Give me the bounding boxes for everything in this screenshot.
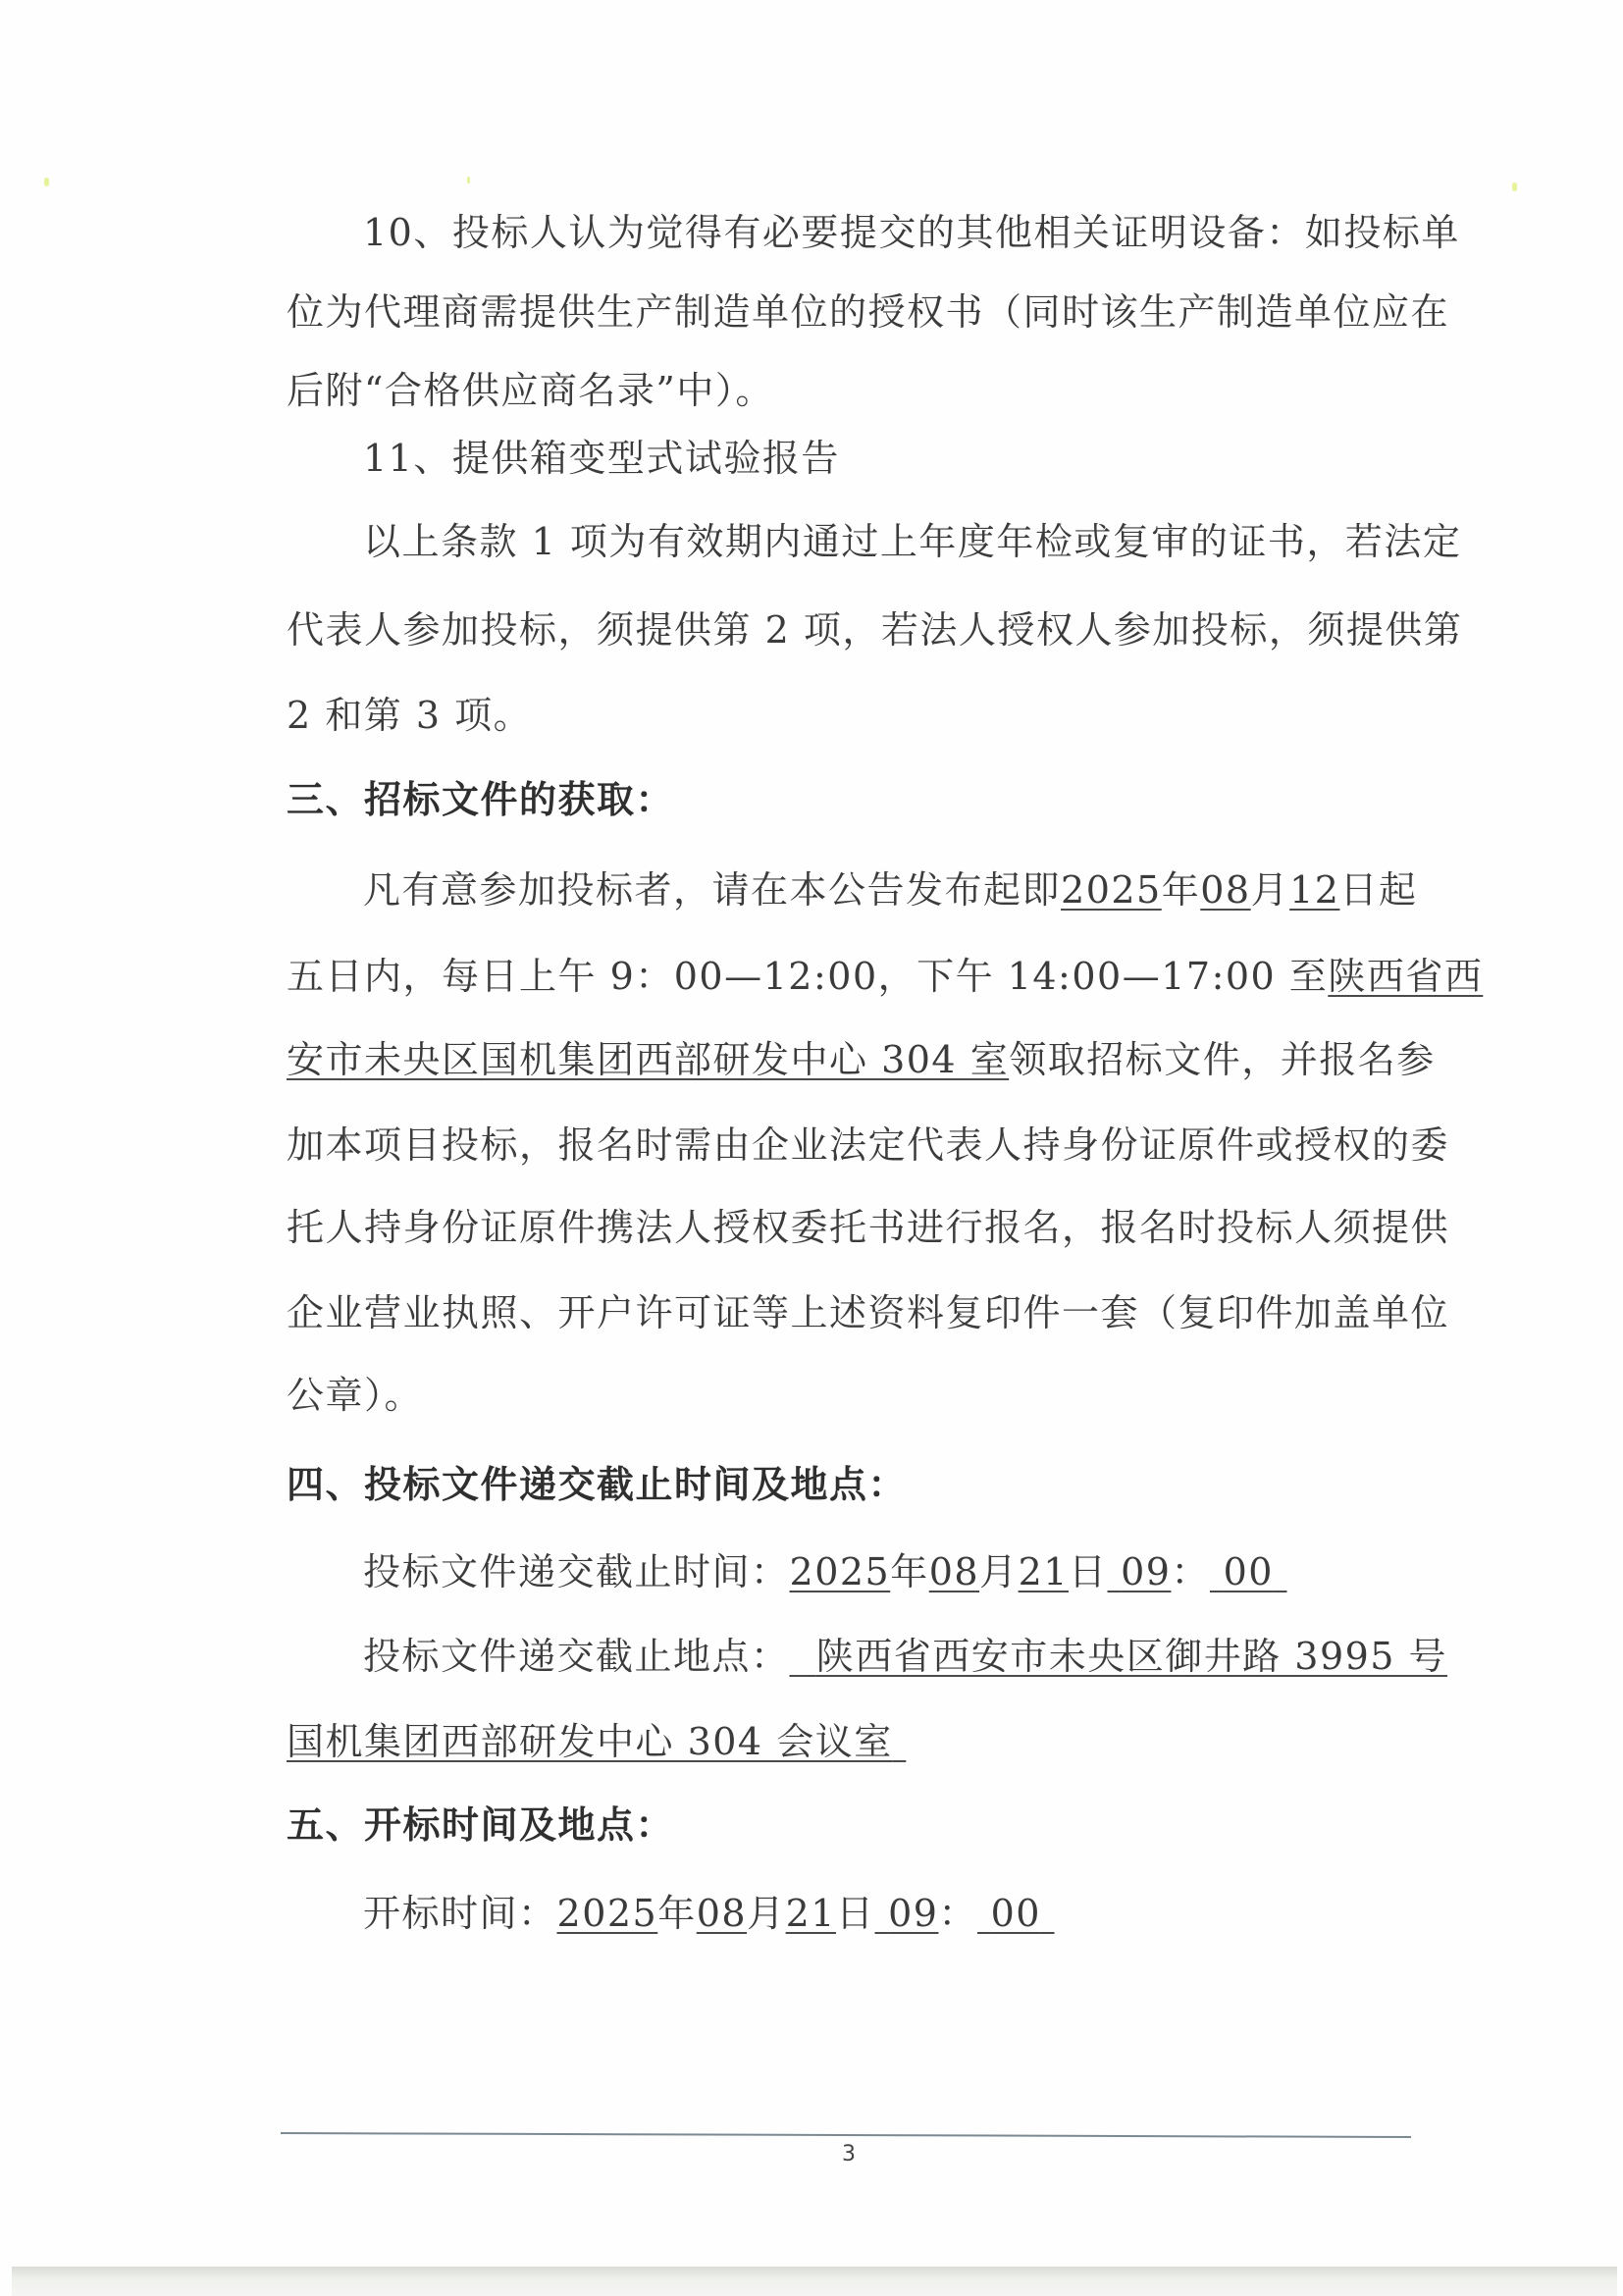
opening-line: 开标时间：2025年08月21日 09： 00 bbox=[363, 1890, 1501, 1937]
opening-minute: 00 bbox=[977, 1892, 1055, 1935]
deadline-line: 投标文件递交截止时间：2025年08月21日 09： 00 bbox=[363, 1548, 1501, 1595]
year-unit: 年 bbox=[657, 1892, 697, 1935]
section3-line6: 企业营业执照、开户许可证等上述资料复印件一套（复印件加盖单位 bbox=[287, 1289, 1425, 1336]
item10-line3: 后附“合格供应商名录”中）。 bbox=[287, 367, 1425, 414]
deadline-minute: 00 bbox=[1210, 1550, 1287, 1593]
section3-line4: 加本项目投标，报名时需由企业法定代表人持身份证原件或授权的委 bbox=[287, 1122, 1425, 1169]
section3-prefix: 凡有意参加投标者，请在本公告发布起即 bbox=[363, 868, 1061, 912]
footer-rule bbox=[281, 2132, 1411, 2138]
year-unit: 年 bbox=[890, 1550, 929, 1593]
opening-month: 08 bbox=[697, 1892, 747, 1935]
note-line2: 代表人参加投标，须提供第 2 项，若法人授权人参加投标，须提供第 bbox=[287, 606, 1425, 653]
item10-line2: 位为代理商需提供生产制造单位的授权书（同时该生产制造单位应在 bbox=[287, 288, 1425, 336]
section4-heading: 四、投标文件递交截止时间及地点： bbox=[287, 1461, 1425, 1508]
scan-speck bbox=[44, 178, 49, 186]
section3-heading: 三、招标文件的获取： bbox=[287, 776, 1425, 823]
minute-value: 00 bbox=[991, 1892, 1041, 1935]
deadline-year: 2025 bbox=[790, 1550, 891, 1593]
opening-year: 2025 bbox=[557, 1892, 658, 1935]
note-line3: 2 和第 3 项。 bbox=[287, 692, 1425, 739]
location-part1: 陕西省西 bbox=[1328, 955, 1483, 998]
document-page: 10、投标人认为觉得有必要提交的其他相关证明设备：如投标单 位为代理商需提供生产… bbox=[0, 0, 1623, 2296]
start-year: 2025 bbox=[1061, 868, 1162, 912]
deadline-month: 08 bbox=[929, 1550, 979, 1593]
day-unit: 日起 bbox=[1339, 868, 1417, 912]
section3-line3-suffix: 领取招标文件，并报名参 bbox=[1009, 1038, 1436, 1081]
hour-value: 09 bbox=[888, 1892, 938, 1935]
day-unit: 日 bbox=[1069, 1550, 1108, 1593]
section3-line2: 五日内，每日上午 9：00—12:00，下午 14:00—17:00 至陕西省西 bbox=[287, 953, 1425, 1000]
opening-day: 21 bbox=[786, 1892, 836, 1935]
section3-line5: 托人持身份证原件携法人授权委托书进行报名，报名时投标人须提供 bbox=[287, 1204, 1425, 1251]
place-address-text-2: 国机集团西部研发中心 304 会议室 bbox=[287, 1720, 893, 1763]
hour-value: 09 bbox=[1121, 1550, 1171, 1593]
note-line1: 以上条款 1 项为有效期内通过上年度年检或复审的证书，若法定 bbox=[363, 518, 1425, 565]
month-unit: 月 bbox=[747, 1892, 786, 1935]
opening-hour: 09 bbox=[875, 1892, 939, 1935]
place-label: 投标文件递交截止地点： bbox=[363, 1635, 790, 1678]
scan-speck bbox=[467, 177, 470, 183]
colon: ： bbox=[1171, 1550, 1210, 1593]
section3-line7: 公章）。 bbox=[287, 1372, 1425, 1419]
deadline-day: 21 bbox=[1019, 1550, 1069, 1593]
minute-value: 00 bbox=[1224, 1550, 1274, 1593]
deadline-hour: 09 bbox=[1108, 1550, 1172, 1593]
location-part2: 安市未央区国机集团西部研发中心 304 室 bbox=[287, 1038, 1009, 1081]
time-window: 五日内，每日上午 9：00—12:00，下午 14:00—17:00 至 bbox=[287, 955, 1328, 998]
section5-heading: 五、开标时间及地点： bbox=[287, 1801, 1425, 1849]
scan-edge bbox=[12, 2267, 1617, 2296]
section3-line1: 凡有意参加投标者，请在本公告发布起即2025年08月12日起 bbox=[363, 866, 1425, 913]
section3-line3: 安市未央区国机集团西部研发中心 304 室领取招标文件，并报名参 bbox=[287, 1036, 1425, 1083]
opening-label: 开标时间： bbox=[363, 1892, 557, 1935]
page-number: 3 bbox=[834, 2142, 864, 2166]
day-unit: 日 bbox=[836, 1892, 875, 1935]
colon: ： bbox=[938, 1892, 977, 1935]
start-day: 12 bbox=[1289, 868, 1339, 912]
place-line2: 国机集团西部研发中心 304 会议室 bbox=[287, 1718, 1425, 1765]
place-address-1: 陕西省西安市未央区御井路 3995 号 bbox=[790, 1635, 1448, 1678]
deadline-label: 投标文件递交截止时间： bbox=[363, 1550, 790, 1593]
place-address-2: 国机集团西部研发中心 304 会议室 bbox=[287, 1720, 906, 1763]
item10-line1: 10、投标人认为觉得有必要提交的其他相关证明设备：如投标单 bbox=[363, 209, 1425, 256]
scan-speck bbox=[1512, 183, 1517, 191]
item11: 11、提供箱变型式试验报告 bbox=[363, 435, 1501, 482]
place-address-text: 陕西省西安市未央区御井路 3995 号 bbox=[816, 1635, 1447, 1678]
start-month: 08 bbox=[1200, 868, 1250, 912]
month-unit: 月 bbox=[979, 1550, 1019, 1593]
place-line1: 投标文件递交截止地点： 陕西省西安市未央区御井路 3995 号 bbox=[363, 1633, 1501, 1680]
year-unit: 年 bbox=[1162, 868, 1201, 912]
month-unit: 月 bbox=[1251, 868, 1290, 912]
